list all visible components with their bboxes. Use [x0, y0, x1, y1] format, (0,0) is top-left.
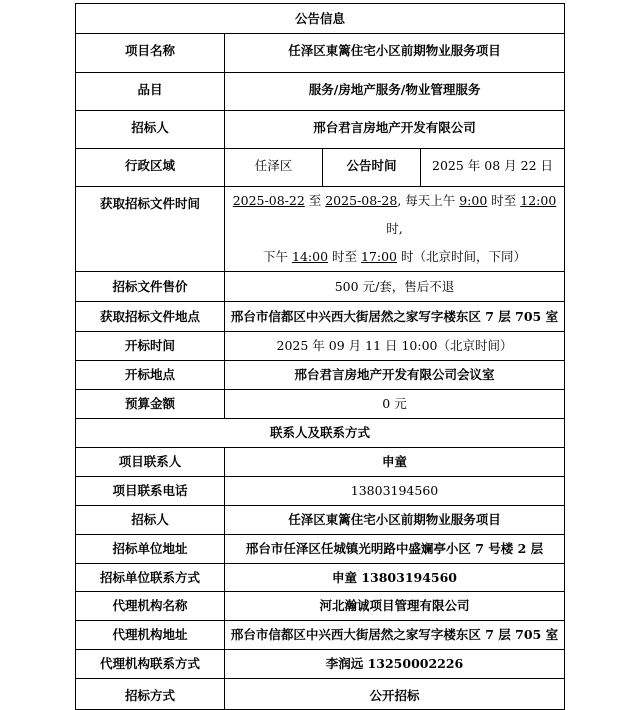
row-project-name: 项目名称 任泽区東篱住宅小区前期物业服务项目 [76, 34, 565, 73]
row-doc-location: 获取招标文件地点 邢台市信都区中兴西大街居然之家写字楼东区 7 层 705 室 [76, 302, 565, 332]
text-suffix: 时（北京时间，下同） [397, 249, 526, 264]
opening-location-label: 开标地点 [76, 361, 225, 390]
row-tender-method: 招标方式 公开招标 [76, 679, 565, 691]
row-doc-time: 获取招标文件时间 2025-08-22 至 2025-08-28, 每天上午 9… [76, 187, 565, 272]
pm-end: 17:00 [361, 249, 397, 264]
am-end: 12:00 [520, 193, 556, 208]
project-name-label: 项目名称 [76, 34, 225, 73]
text-comma: 时, [386, 221, 402, 236]
row-tenderer: 招标人 邢台君言房地产开发有限公司 [76, 111, 565, 149]
doc-time-label: 获取招标文件时间 [76, 187, 225, 272]
agency-name-value: 河北瀚诚项目管理有限公司 [225, 592, 565, 621]
row-agency-address: 代理机构地址 邢台市信都区中兴西大街居然之家写字楼东区 7 层 705 室 [76, 621, 565, 650]
project-phone-value: 13803194560 [225, 477, 565, 506]
agency-address-label: 代理机构地址 [76, 621, 225, 650]
text-daily: , 每天上午 [397, 193, 459, 208]
doc-location-label: 获取招标文件地点 [76, 302, 225, 332]
opening-time-value: 2025 年 09 月 11 日 10:00（北京时间） [225, 332, 565, 361]
row-tenderer-2: 招标人 任泽区東篱住宅小区前期物业服务项目 [76, 506, 565, 535]
agency-contact-label: 代理机构联系方式 [76, 650, 225, 679]
section-contacts: 联系人及联系方式 [76, 419, 565, 448]
doc-location-value: 邢台市信都区中兴西大街居然之家写字楼东区 7 层 705 室 [225, 302, 565, 332]
agency-contact-value: 李润远 13250002226 [225, 650, 565, 679]
tenderer-address-label: 招标单位地址 [76, 535, 225, 564]
tender-notice-table: 公告信息 项目名称 任泽区東篱住宅小区前期物业服务项目 品目 服务/房地产服务/… [75, 3, 565, 690]
row-doc-price: 招标文件售价 500 元/套，售后不退 [76, 272, 565, 302]
project-contact-value: 申童 [225, 448, 565, 477]
tender-method-label: 招标方式 [76, 679, 225, 691]
row-category: 品目 服务/房地产服务/物业管理服务 [76, 73, 565, 111]
row-agency-name: 代理机构名称 河北瀚诚项目管理有限公司 [76, 592, 565, 621]
text-pm: 下午 [263, 249, 292, 264]
doc-end-date: 2025-08-28 [325, 193, 397, 208]
tenderer-contact-label: 招标单位联系方式 [76, 564, 225, 592]
row-region: 行政区域 任泽区 公告时间 2025 年 08 月 22 日 [76, 149, 565, 187]
section-announcement-info: 公告信息 [76, 4, 565, 34]
doc-price-label: 招标文件售价 [76, 272, 225, 302]
project-contact-label: 项目联系人 [76, 448, 225, 477]
doc-time-value: 2025-08-22 至 2025-08-28, 每天上午 9:00 时至 12… [225, 187, 565, 272]
tenderer2-label: 招标人 [76, 506, 225, 535]
row-tenderer-address: 招标单位地址 邢台市任泽区任城镇光明路中盛斓亭小区 7 号楼 2 层 [76, 535, 565, 564]
pm-start: 14:00 [292, 249, 328, 264]
row-agency-contact: 代理机构联系方式 李润远 13250002226 [76, 650, 565, 679]
opening-time-label: 开标时间 [76, 332, 225, 361]
row-project-phone: 项目联系电话 13803194560 [76, 477, 565, 506]
row-project-contact: 项目联系人 申童 [76, 448, 565, 477]
text-to: 时至 [328, 249, 361, 264]
region-value: 任泽区 [225, 149, 323, 187]
budget-label: 预算金额 [76, 390, 225, 419]
tenderer2-value: 任泽区東篱住宅小区前期物业服务项目 [225, 506, 565, 535]
tenderer-contact-value: 申童 13803194560 [225, 564, 565, 592]
agency-address-value: 邢台市信都区中兴西大街居然之家写字楼东区 7 层 705 室 [225, 621, 565, 650]
text-to: 时至 [487, 193, 520, 208]
section-title: 联系人及联系方式 [76, 419, 565, 448]
project-name-value: 任泽区東篱住宅小区前期物业服务项目 [225, 34, 565, 73]
opening-location-value: 邢台君言房地产开发有限公司会议室 [225, 361, 565, 390]
region-label: 行政区域 [76, 149, 225, 187]
doc-start-date: 2025-08-22 [233, 193, 305, 208]
text-to: 至 [305, 193, 325, 208]
tenderer-label: 招标人 [76, 111, 225, 149]
category-value: 服务/房地产服务/物业管理服务 [225, 73, 565, 111]
category-label: 品目 [76, 73, 225, 111]
project-phone-label: 项目联系电话 [76, 477, 225, 506]
row-opening-location: 开标地点 邢台君言房地产开发有限公司会议室 [76, 361, 565, 390]
tenderer-address-value: 邢台市任泽区任城镇光明路中盛斓亭小区 7 号楼 2 层 [225, 535, 565, 564]
announce-date-label: 公告时间 [323, 149, 421, 187]
row-opening-time: 开标时间 2025 年 09 月 11 日 10:00（北京时间） [76, 332, 565, 361]
tenderer-value: 邢台君言房地产开发有限公司 [225, 111, 565, 149]
budget-value: 0 元 [225, 390, 565, 419]
doc-price-value: 500 元/套，售后不退 [225, 272, 565, 302]
agency-name-label: 代理机构名称 [76, 592, 225, 621]
row-budget: 预算金额 0 元 [76, 390, 565, 419]
announce-date-value: 2025 年 08 月 22 日 [421, 149, 565, 187]
am-start: 9:00 [459, 193, 487, 208]
section-title: 公告信息 [76, 4, 565, 34]
row-tenderer-contact: 招标单位联系方式 申童 13803194560 [76, 564, 565, 592]
tender-method-value: 公开招标 [225, 679, 565, 691]
